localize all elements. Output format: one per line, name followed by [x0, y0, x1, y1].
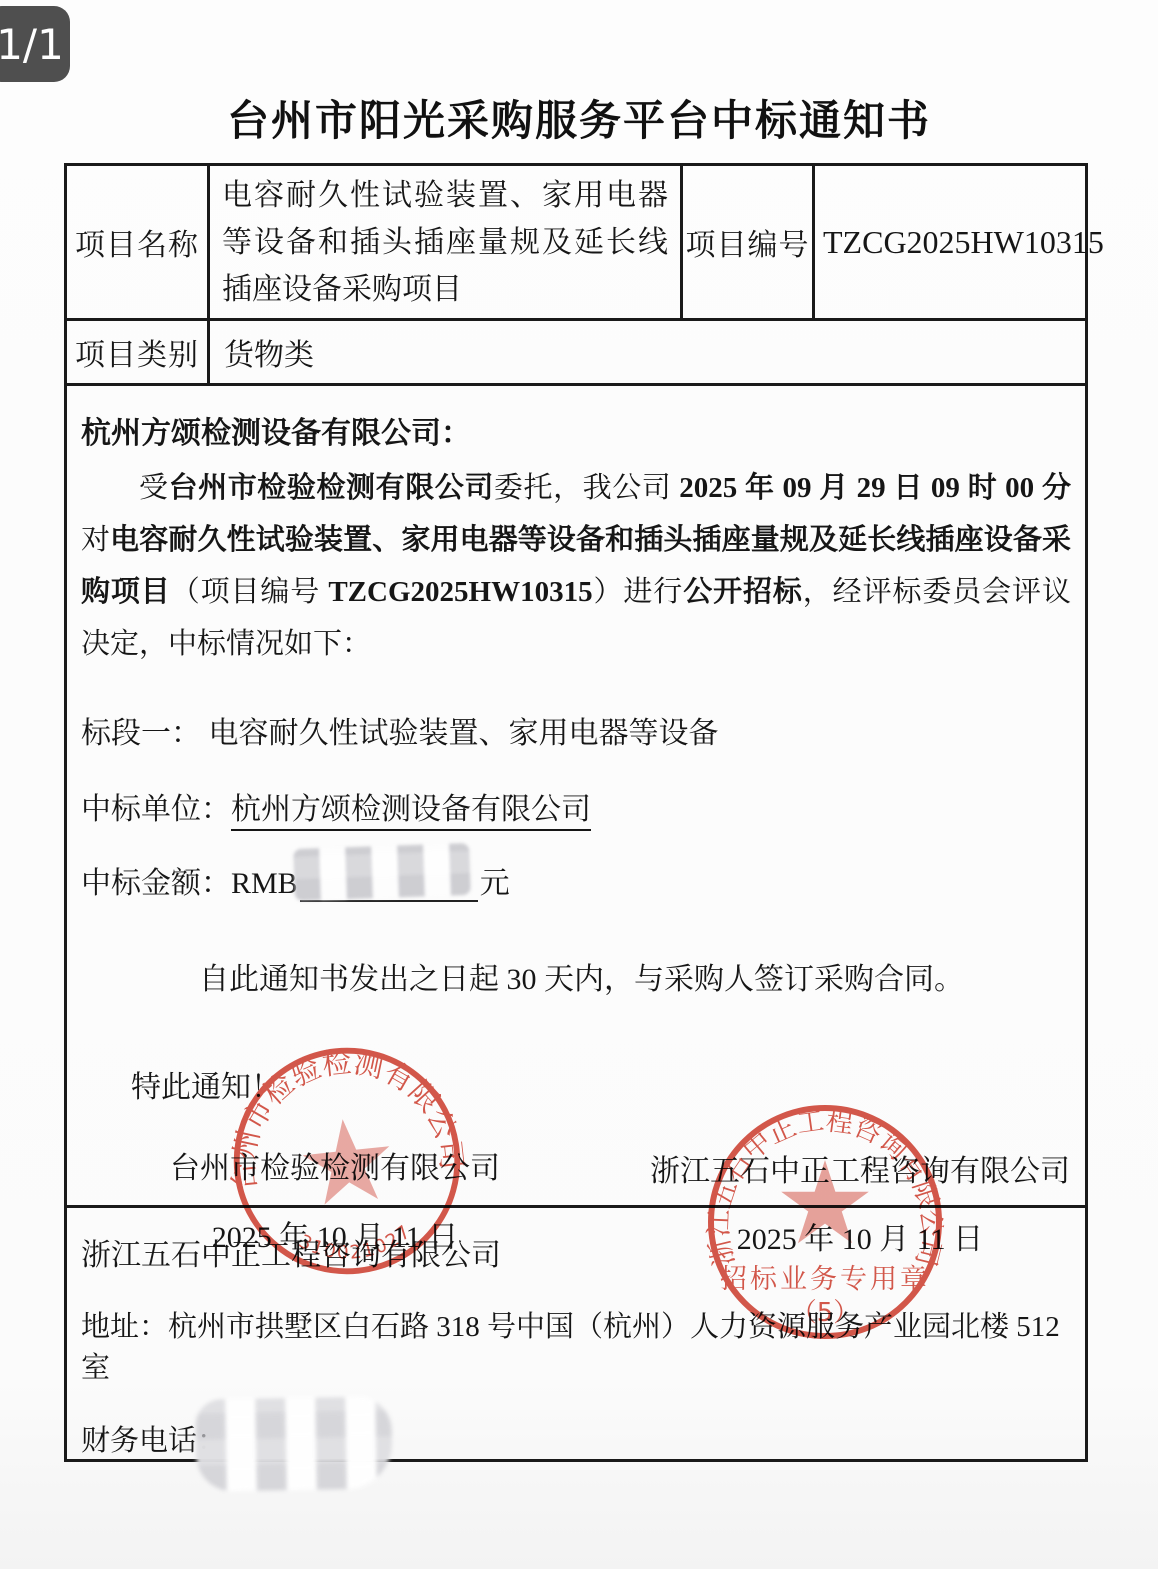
intro-part: 委托，我公司 [494, 472, 679, 504]
contract-line: 自此通知书发出之日起 30 天内，与采购人签订采购合同。 [81, 954, 1071, 998]
salutation: 杭州方颂检测设备有限公司： [81, 408, 1071, 452]
lot-line: 标段一： 电容耐久性试验装置、家用电器等设备 [81, 708, 1071, 752]
intro-part-bold: 2025 年 09 月 29 日 09 时 00 分 [679, 472, 1071, 504]
intro-paragraph: 受台州市检验检测有限公司委托，我公司 2025 年 09 月 29 日 09 时… [81, 462, 1071, 670]
intro-part: 对 [81, 524, 110, 556]
winner-line: 中标单位：杭州方颂检测设备有限公司 [81, 784, 1071, 828]
intro-part-bold: 公开招标 [683, 576, 803, 608]
document-title: 台州市阳光采购服务平台中标通知书 [0, 88, 1158, 148]
page-indicator-text: 1/1 [0, 20, 64, 69]
page-indicator: 1/1 [0, 6, 70, 82]
intro-part-bold: 台州市检验检测有限公司 [169, 472, 494, 504]
amount-label: 中标金额： [81, 858, 231, 902]
winner-company: 杭州方颂检测设备有限公司 [231, 793, 591, 831]
project-category-label: 项目类别 [67, 321, 207, 383]
winner-label: 中标单位： [81, 793, 231, 826]
project-category-value: 货物类 [207, 321, 1085, 383]
seal-star-icon [781, 1160, 869, 1243]
company-seal-left: 台州市检验检测有限公司 33100210275 [214, 1028, 480, 1294]
intro-part: ）进行 [593, 576, 684, 608]
document-page: 1/1 台州市阳光采购服务平台中标通知书 项目名称 电容耐久性试验装置、家用电器… [0, 0, 1158, 1569]
project-code-label: 项目编号 [680, 166, 812, 318]
amount-prefix: RMB [231, 867, 298, 901]
project-name-label: 项目名称 [67, 166, 207, 318]
seal-number: （5） [791, 1298, 860, 1328]
seal-caption: 招标业务专用章 [720, 1264, 930, 1295]
redacted-phone [195, 1396, 393, 1491]
seal-star-icon [299, 1115, 394, 1207]
project-code-value: TZCG2025HW10315 [812, 166, 1104, 318]
intro-part: 受 [139, 472, 169, 504]
table-row-project-name: 项目名称 电容耐久性试验装置、家用电器等设备和插头插座量规及延长线插座设备采购项… [67, 166, 1085, 318]
intro-part-bold: TZCG2025HW10315 [328, 576, 592, 608]
amount-line: 中标金额：RMB元 [81, 858, 1071, 902]
amount-suffix: 元 [480, 858, 510, 902]
intro-part: （项目编号 [171, 576, 329, 608]
table-row-project-category: 项目类别 货物类 [67, 318, 1085, 383]
project-name-value: 电容耐久性试验装置、家用电器等设备和插头插座量规及延长线插座设备采购项目 [207, 166, 680, 318]
amount-underline [300, 860, 478, 902]
company-seal-right: 浙江五石中正工程咨询有限公司 招标业务专用章 （5） [701, 1098, 949, 1346]
redacted-amount [293, 843, 471, 901]
project-name-text: 电容耐久性试验装置、家用电器等设备和插头插座量规及延长线插座设备采购项目 [222, 172, 668, 313]
